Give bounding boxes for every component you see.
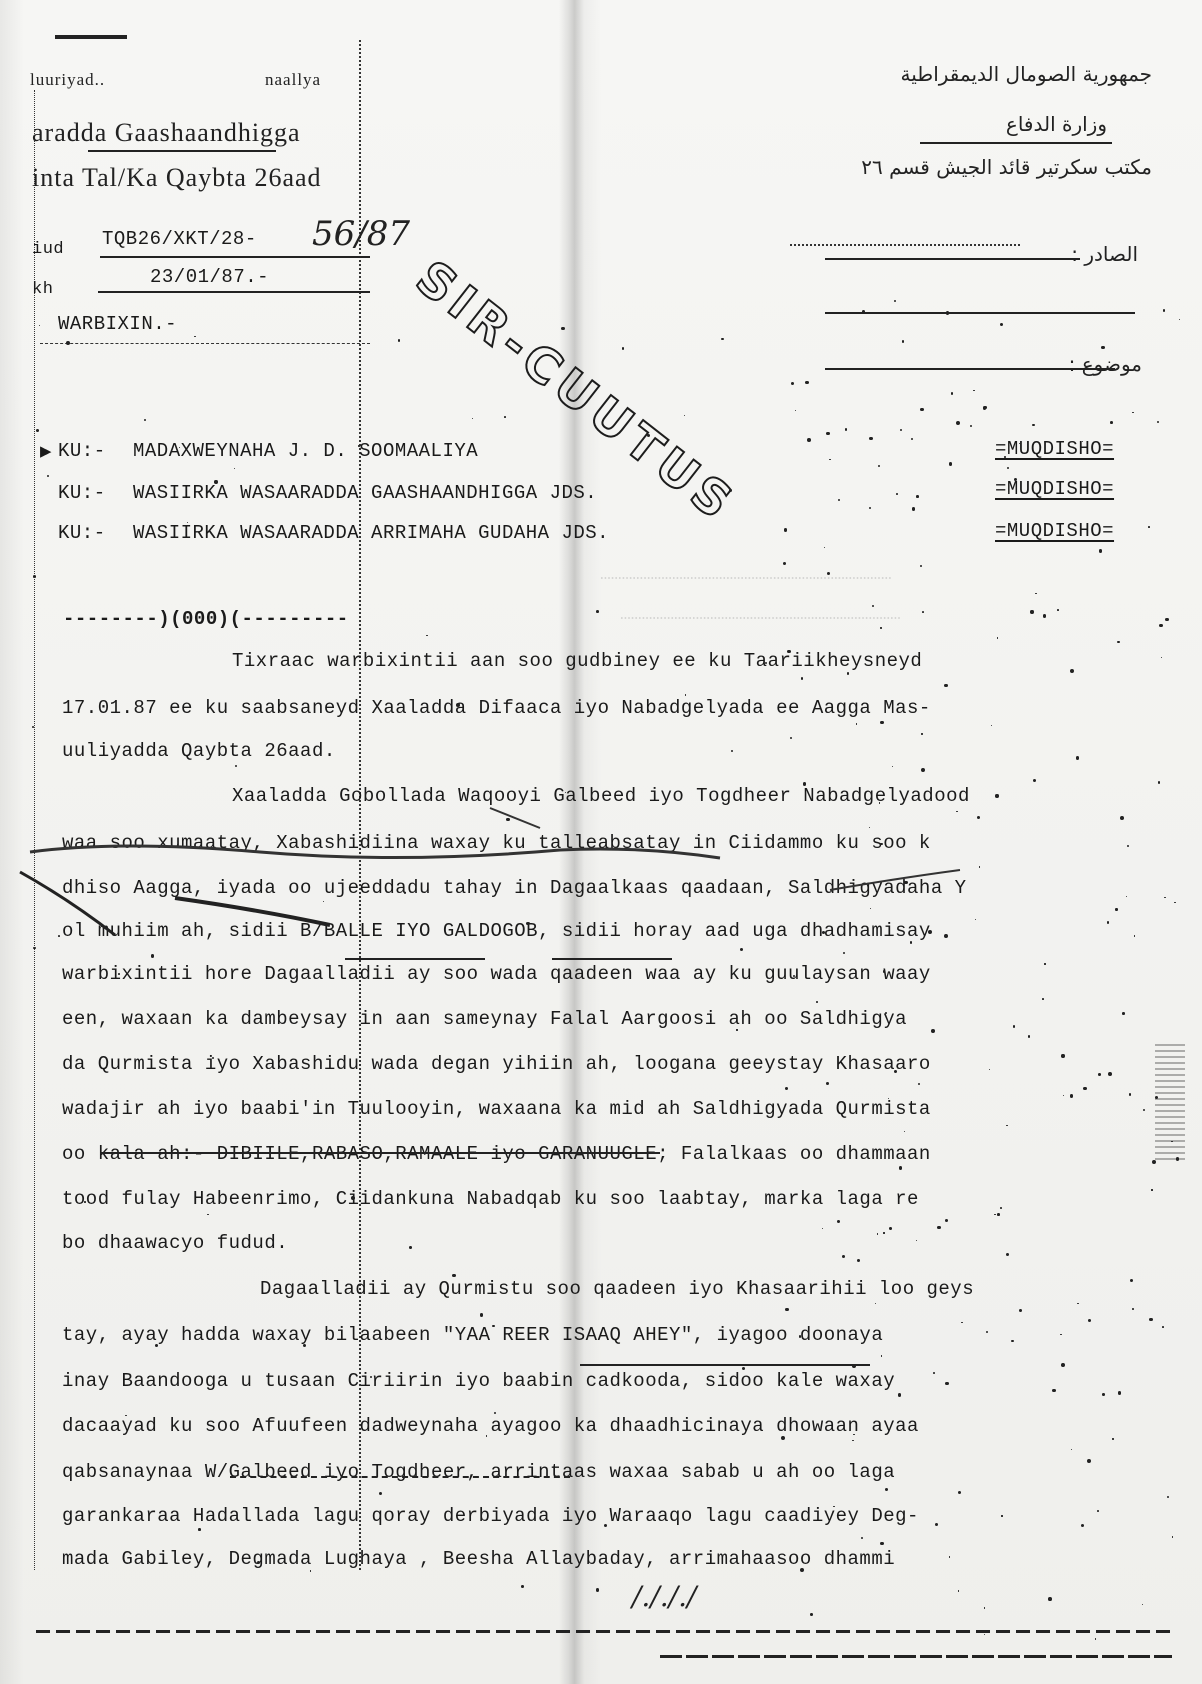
scan-speck (920, 408, 924, 412)
scan-speck (1102, 1393, 1105, 1396)
scan-speck (604, 1524, 607, 1527)
scan-speck (1057, 609, 1059, 611)
scan-speck (1101, 346, 1104, 349)
scan-speck (198, 1528, 201, 1531)
scan-speck (1132, 1308, 1134, 1310)
scan-speck (889, 1227, 892, 1230)
scan-speck (910, 941, 913, 944)
scan-speck (842, 1255, 845, 1258)
scan-speck (1112, 1438, 1113, 1439)
scan-speck (1032, 424, 1034, 426)
scan-speck (736, 1029, 737, 1030)
scan-speck (807, 438, 811, 442)
scan-speck (647, 434, 650, 437)
scan-speck (883, 1232, 884, 1233)
scan-speck (1148, 526, 1150, 528)
scan-speck (843, 952, 845, 954)
scan-speck (1172, 1536, 1173, 1537)
scan-speck (1042, 998, 1044, 1000)
scan-speck (799, 1335, 801, 1337)
scan-speck (1061, 1363, 1065, 1367)
scan-speck (409, 1246, 412, 1249)
scan-speck (949, 1556, 951, 1558)
scan-speck (1076, 756, 1080, 760)
scan-speck (921, 733, 922, 734)
scan-speck (861, 1537, 863, 1539)
scan-speck (1004, 456, 1006, 458)
scan-speck (1107, 921, 1110, 924)
scan-speck (1097, 1510, 1099, 1512)
scan-speck (351, 1196, 355, 1200)
scan-speck (1061, 1054, 1064, 1057)
scan-speck (1033, 779, 1036, 782)
scan-speck (1013, 1025, 1016, 1028)
scan-speck (790, 737, 792, 739)
scan-speck (944, 684, 947, 687)
scan-speck (803, 782, 806, 785)
scan-speck (212, 1057, 214, 1059)
scan-speck (66, 341, 70, 345)
continuation-mark: /./././ (632, 1580, 696, 1613)
scan-speck (810, 1613, 813, 1616)
scan-speck (856, 723, 857, 724)
scan-speck (1006, 1125, 1007, 1126)
scan-speck (504, 416, 506, 418)
scan-speck (1083, 1087, 1086, 1090)
scan-speck (922, 611, 924, 613)
scan-speck (800, 1568, 804, 1572)
scan-speck (1044, 963, 1045, 964)
scan-speck (1099, 549, 1102, 552)
scan-speck (918, 1083, 920, 1085)
scan-speck (845, 428, 848, 431)
scan-speck (995, 794, 998, 797)
scan-speck (506, 818, 509, 821)
scan-speck (1048, 1597, 1052, 1601)
scan-speck (1082, 441, 1083, 442)
scan-speck (956, 811, 957, 812)
scan-speck (921, 768, 925, 772)
scan-speck (880, 627, 881, 628)
scan-speck (920, 565, 922, 567)
scan-speck (826, 1082, 829, 1085)
scan-speck (933, 1372, 935, 1374)
scan-speck (880, 843, 883, 846)
scan-speck (561, 327, 565, 331)
scan-speck (997, 637, 998, 638)
scan-speck (1158, 781, 1160, 783)
scan-speck (997, 1213, 1000, 1216)
scan-speck (1035, 593, 1036, 594)
scan-speck (486, 1435, 487, 1436)
scan-speck (1151, 1189, 1152, 1190)
scan-noise (1155, 1040, 1185, 1160)
scan-speck (785, 1308, 789, 1312)
scan-speck (862, 310, 865, 313)
scan-speck (975, 919, 976, 920)
scan-speck (1000, 1207, 1002, 1209)
bottom-edge-line (660, 1655, 1172, 1658)
scan-speck (878, 465, 880, 467)
scan-speck (1000, 323, 1003, 326)
scan-speck (984, 1634, 985, 1635)
scan-speck (1162, 1326, 1164, 1328)
scan-speck (1006, 1253, 1009, 1256)
scan-speck (994, 1214, 995, 1215)
scan-speck (521, 1585, 524, 1588)
scan-speck (1043, 614, 1046, 617)
scan-speck (1126, 896, 1127, 897)
scan-speck (1081, 1524, 1084, 1527)
scan-speck (151, 954, 155, 958)
scan-speck (118, 973, 120, 975)
scan-speck (838, 499, 840, 501)
scan-speck (33, 575, 36, 578)
scan-speck (125, 1415, 126, 1416)
scan-speck (1132, 412, 1133, 413)
scan-speck (916, 495, 919, 498)
scan-speck (784, 528, 787, 531)
scan-speck (935, 1523, 938, 1526)
scan-speck (1110, 421, 1113, 424)
scan-speck (1060, 1334, 1061, 1335)
scan-speck (928, 930, 932, 934)
scan-speck (899, 1166, 902, 1169)
scan-speck (785, 1087, 788, 1090)
scan-speck (358, 445, 359, 446)
scan-speck (852, 1364, 856, 1368)
scan-speck (944, 934, 948, 938)
scan-speck (1142, 1604, 1143, 1605)
crease-marks (0, 0, 1202, 1684)
scan-speck (1115, 908, 1117, 910)
bottom-edge-line (36, 1630, 1172, 1633)
scan-speck (973, 390, 974, 391)
scan-speck (1030, 610, 1033, 613)
scan-speck (937, 1226, 940, 1229)
scan-speck (951, 392, 953, 394)
scan-speck (1163, 309, 1165, 311)
scan-speck (1122, 1012, 1125, 1015)
scan-speck (1108, 1072, 1112, 1076)
scan-speck (1129, 1093, 1131, 1095)
scan-speck (303, 1344, 306, 1347)
scan-speck (1052, 1389, 1055, 1392)
scan-speck (946, 311, 949, 314)
scan-speck (1087, 1459, 1091, 1463)
scan-speck (596, 1588, 600, 1592)
scan-speck (765, 662, 767, 664)
scan-speck (84, 1201, 86, 1203)
scan-speck (129, 845, 130, 846)
scan-speck (824, 547, 825, 548)
scan-speck (984, 406, 987, 409)
scan-speck (880, 721, 884, 725)
scan-speck (1120, 816, 1124, 820)
scan-speck (526, 922, 530, 926)
scan-speck (622, 347, 624, 349)
scan-speck (214, 480, 217, 483)
scan-speck (729, 489, 732, 492)
scan-speck (1159, 624, 1162, 627)
scan-speck (58, 935, 60, 937)
scan-speck (1001, 1515, 1002, 1516)
scan-speck (931, 1029, 935, 1033)
scan-speck (1028, 1035, 1030, 1037)
